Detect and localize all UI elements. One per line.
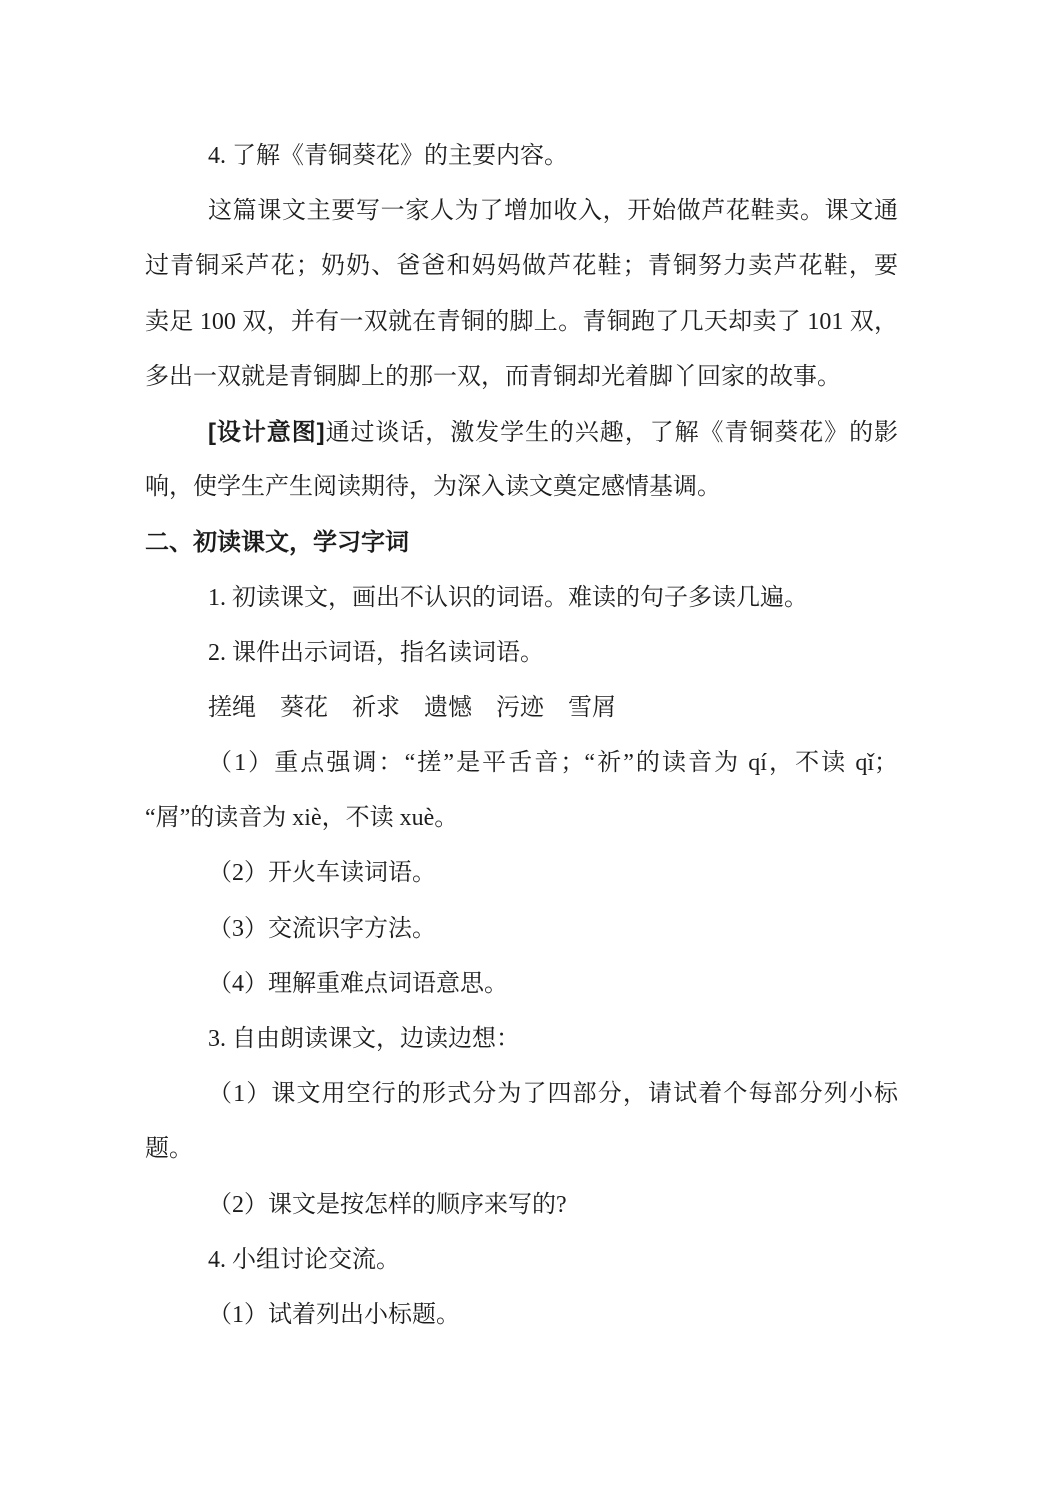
- text-run: 通过谈话，激发学生的兴趣，了解《青铜葵花》的影: [325, 420, 898, 446]
- text-line: （1）课文用空行的形式分为了四部分，请试着个每部分列小标: [145, 1067, 898, 1122]
- text-line: （4）理解重难点词语意思。: [145, 957, 898, 1012]
- text-line: （1）试着列出小标题。: [145, 1288, 898, 1343]
- text-line: 卖足 100 双，并有一双就在青铜的脚上。青铜跑了几天却卖了 101 双，: [145, 295, 898, 350]
- text-line: 过青铜采芦花；奶奶、爸爸和妈妈做芦花鞋；青铜努力卖芦花鞋，要: [145, 239, 898, 294]
- text-line: （2）开火车读词语。: [145, 846, 898, 901]
- text-line: 题。: [145, 1122, 898, 1177]
- text-line: （3）交流识字方法。: [145, 902, 898, 957]
- design-intent-label: [设计意图]: [208, 419, 325, 446]
- text-line: 这篇课文主要写一家人为了增加收入，开始做芦花鞋卖。课文通: [145, 184, 898, 239]
- text-line: 4. 了解《青铜葵花》的主要内容。: [145, 129, 898, 184]
- text-line: 3. 自由朗读课文，边读边想：: [145, 1012, 898, 1067]
- text-line: 搓绳 葵花 祈求 遗憾 污迹 雪屑: [145, 681, 898, 736]
- text-line: 2. 课件出示词语，指名读词语。: [145, 626, 898, 681]
- text-line: （1）重点强调：“搓”是平舌音；“祈”的读音为 qí，不读 qǐ；: [145, 736, 898, 791]
- document-body: 4. 了解《青铜葵花》的主要内容。这篇课文主要写一家人为了增加收入，开始做芦花鞋…: [145, 129, 898, 1343]
- text-line: 4. 小组讨论交流。: [145, 1233, 898, 1288]
- text-line: 多出一双就是青铜脚上的那一双，而青铜却光着脚丫回家的故事。: [145, 350, 898, 405]
- section-heading: 二、初读课文，学习字词: [145, 515, 898, 570]
- text-line: [设计意图]通过谈话，激发学生的兴趣，了解《青铜葵花》的影: [145, 405, 898, 460]
- text-line: 响，使学生产生阅读期待，为深入读文奠定感情基调。: [145, 460, 898, 515]
- text-line: （2）课文是按怎样的顺序来写的?: [145, 1178, 898, 1233]
- document-page: 4. 了解《青铜葵花》的主要内容。这篇课文主要写一家人为了增加收入，开始做芦花鞋…: [0, 0, 1058, 1497]
- text-line: “屑”的读音为 xiè，不读 xuè。: [145, 791, 898, 846]
- text-line: 1. 初读课文，画出不认识的词语。难读的句子多读几遍。: [145, 571, 898, 626]
